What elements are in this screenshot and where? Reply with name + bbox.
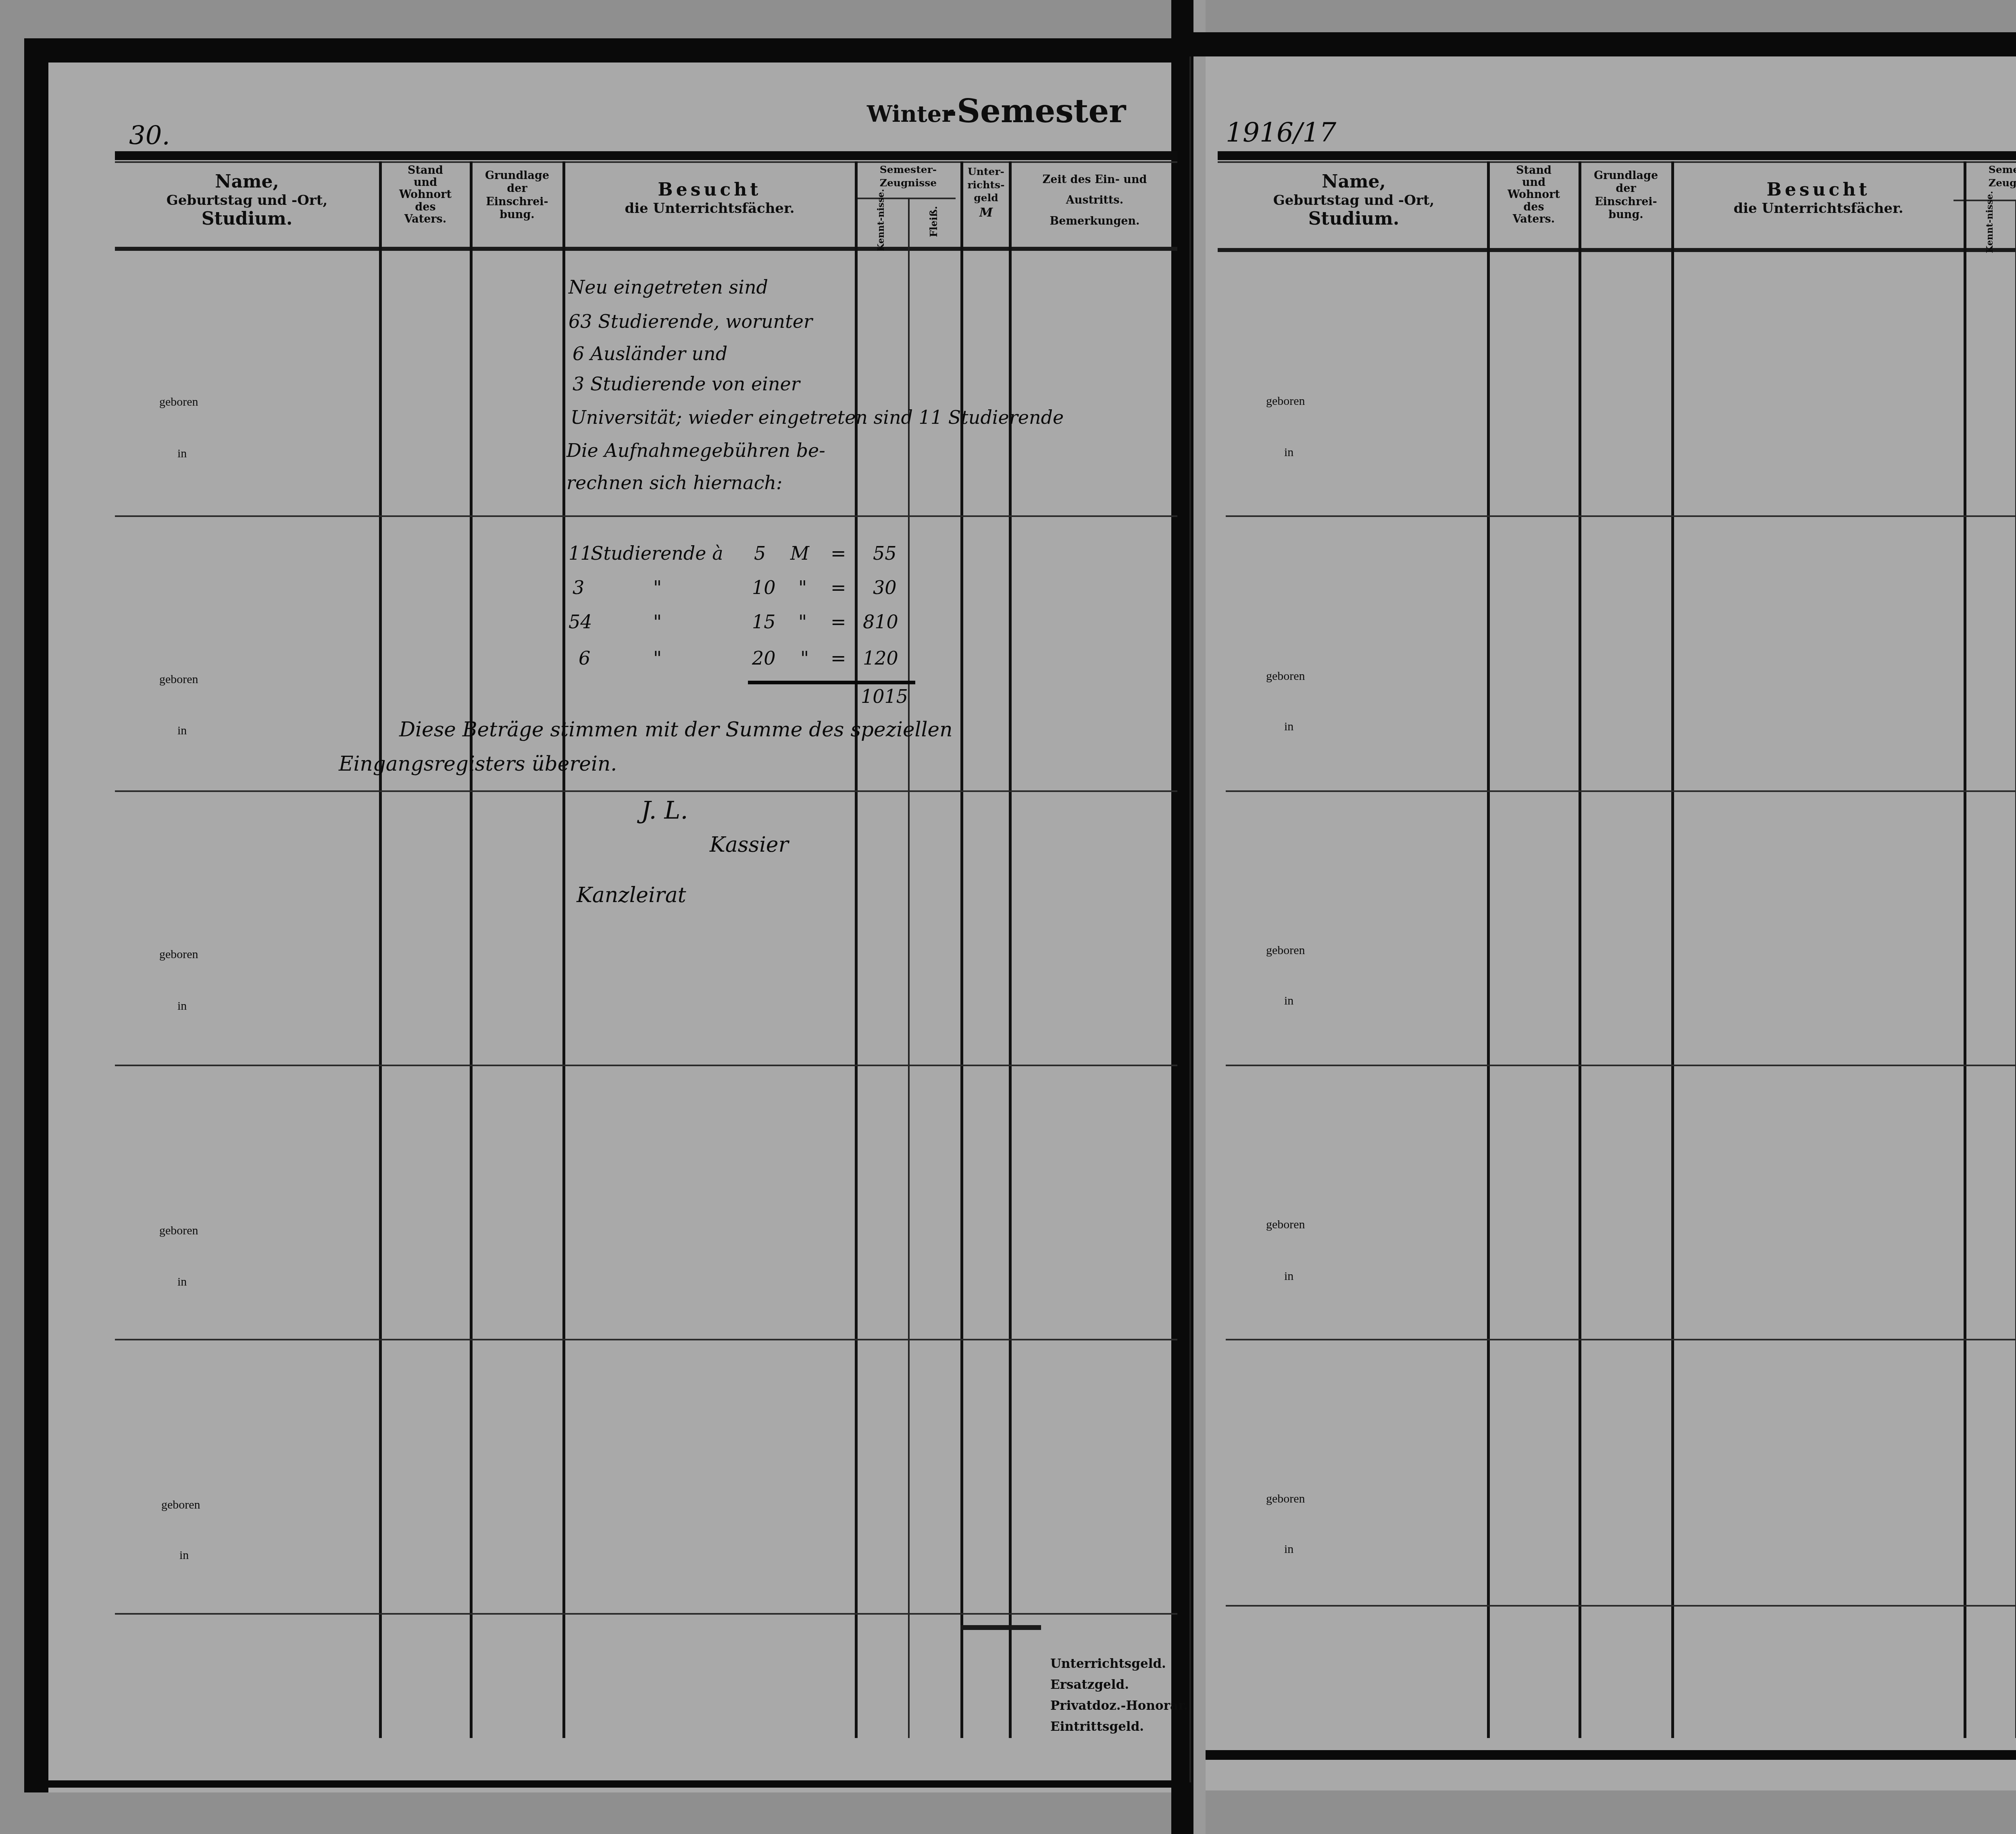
left-frame-left <box>24 38 48 1792</box>
left-row-divider-5 <box>115 1613 1177 1615</box>
page-number: 30. <box>129 121 170 151</box>
right-header-kenntnisse: Kennt-nisse. <box>1985 193 1995 253</box>
right-header-grundlage: Grundlage der Einschrei- bung. <box>1581 169 1671 222</box>
signature-office: Kanzleirat <box>577 883 686 907</box>
handwritten-line-3: 6 Ausländer und <box>573 343 727 365</box>
fee-sum-rule <box>748 681 915 684</box>
spine-gap <box>1193 0 1206 1834</box>
fee-total-3: 810 <box>863 611 898 633</box>
left-header-name: Name, Geburtstag und -Ort, Studium. <box>115 171 379 229</box>
left-header-kenntnisse: Kennt-nisse. <box>876 191 886 251</box>
right-row-divider-3 <box>1226 1065 2016 1066</box>
left-header-fleiss: Fleiß. <box>928 196 939 248</box>
right-frame-top <box>1193 32 2016 56</box>
left-header-top-rule <box>115 151 1177 160</box>
left-header-bottom-rule <box>115 247 1177 251</box>
left-row-divider-4 <box>115 1339 1177 1340</box>
left-row2-in-label: in <box>177 724 187 738</box>
right-row-divider-2 <box>1226 790 2016 792</box>
left-col-line-3 <box>562 161 565 1738</box>
right-row4-in-label: in <box>1284 1269 1293 1283</box>
right-row3-in-label: in <box>1284 994 1293 1008</box>
left-header-besucht: Besucht die Unterrichtsfächer. <box>564 179 855 217</box>
right-col-line-2 <box>1579 161 1581 1738</box>
confirmation-line-1: Diese Beträge stimmen mit der Summe des … <box>399 718 952 741</box>
right-row5-born-label: geboren <box>1266 1492 1305 1506</box>
right-row2-born-label: geboren <box>1266 669 1305 683</box>
handwritten-line-1: Neu eingetreten sind <box>569 276 768 298</box>
handwritten-line-4: 3 Studierende von einer <box>573 373 800 395</box>
left-row4-in-label: in <box>177 1275 187 1289</box>
left-row5-in-label: in <box>179 1548 189 1562</box>
right-row2-in-label: in <box>1284 720 1293 734</box>
handwritten-line-5: Universität; wieder eingetreten sind 11 … <box>571 406 1064 428</box>
right-row1-born-label: geboren <box>1266 394 1305 408</box>
right-row3-born-label: geboren <box>1266 944 1305 957</box>
right-row-divider-1 <box>1226 515 2016 517</box>
fee-grand-total: 1015 <box>861 686 908 707</box>
left-row-divider-2 <box>115 790 1177 792</box>
right-header-zeugnisse: Semester- Zeugnisse <box>1966 163 2016 190</box>
left-row-divider-1 <box>115 515 1177 517</box>
right-row-divider-4 <box>1226 1339 2016 1340</box>
semester-title: -Semester <box>943 92 1126 130</box>
left-row5-born-label: geboren <box>161 1498 200 1512</box>
left-row3-in-label: in <box>177 999 187 1013</box>
left-header-unterrichtsgeld: Unter- richts- geld M <box>963 165 1009 221</box>
left-spine-line <box>1189 56 1191 1782</box>
left-row1-born-label: geboren <box>159 395 198 409</box>
right-col-line-4 <box>1964 161 1966 1738</box>
semester-title-prefix: Winter <box>867 101 954 127</box>
left-header-bemerkungen: Zeit des Ein- und Austritts. Bemerkungen… <box>1012 169 1177 231</box>
left-row-divider-3 <box>115 1065 1177 1066</box>
right-header-besucht: Besucht die Unterrichtsfächer. <box>1673 179 1964 217</box>
right-row1-in-label: in <box>1284 446 1293 459</box>
confirmation-line-2: Eingangsregisters überein. <box>339 752 617 775</box>
left-col-line-2 <box>470 161 473 1738</box>
right-page <box>1206 56 2016 1790</box>
right-header-stand: Stand und Wohnort des Vaters. <box>1489 165 1579 225</box>
fee-total-2: 30 <box>873 577 897 598</box>
left-row4-born-label: geboren <box>159 1224 198 1238</box>
signature-role: Kassier <box>710 833 788 857</box>
left-col-line-5 <box>908 198 910 1738</box>
right-row-divider-5 <box>1226 1605 2016 1607</box>
right-header-bottom-rule <box>1218 248 2016 252</box>
handwritten-line-2: 63 Studierende, worunter <box>569 311 812 332</box>
left-zeugnisse-divider <box>855 198 956 199</box>
left-header-stand: Stand und Wohnort des Vaters. <box>381 165 470 225</box>
left-row2-born-label: geboren <box>159 673 198 686</box>
signature-initials: J. L. <box>641 796 688 825</box>
right-row4-born-label: geboren <box>1266 1218 1305 1232</box>
left-page <box>24 38 1193 1792</box>
left-col-line-4 <box>855 161 858 1738</box>
left-col-line-6 <box>960 161 963 1738</box>
handwritten-line-7: rechnen sich hiernach: <box>566 472 783 494</box>
right-frame-bottom <box>1206 1750 2016 1760</box>
left-frame-bottom <box>24 1780 1193 1788</box>
left-header-zeugnisse: Semester- Zeugnisse <box>857 163 960 190</box>
right-row5-in-label: in <box>1284 1542 1293 1556</box>
left-geld-total-rule <box>960 1625 1041 1630</box>
right-header-name: Name, Geburtstag und -Ort, Studium. <box>1222 171 1486 229</box>
left-row3-born-label: geboren <box>159 948 198 961</box>
right-col-line-3 <box>1671 161 1674 1738</box>
fee-total-4: 120 <box>863 647 898 669</box>
left-frame-top <box>24 38 1177 63</box>
left-row1-in-label: in <box>177 447 187 461</box>
fee-total-1: 55 <box>873 542 897 564</box>
right-header-top-rule <box>1218 151 2016 160</box>
right-col-line-1 <box>1487 161 1490 1738</box>
left-col-line-7 <box>1009 161 1012 1738</box>
right-header-top-rule-2 <box>1218 161 2016 163</box>
left-header-grundlage: Grundlage der Einschrei- bung. <box>472 169 562 222</box>
handwritten-line-6: Die Aufnahmegebühren be- <box>566 440 825 461</box>
left-header-top-rule-2 <box>115 161 1177 163</box>
left-footer-labels: Unterrichtsgeld. Ersatzgeld. Privatdoz.-… <box>1050 1653 1188 1737</box>
semester-year: 1916/17 <box>1226 117 1336 148</box>
left-col-line-1 <box>379 161 382 1738</box>
